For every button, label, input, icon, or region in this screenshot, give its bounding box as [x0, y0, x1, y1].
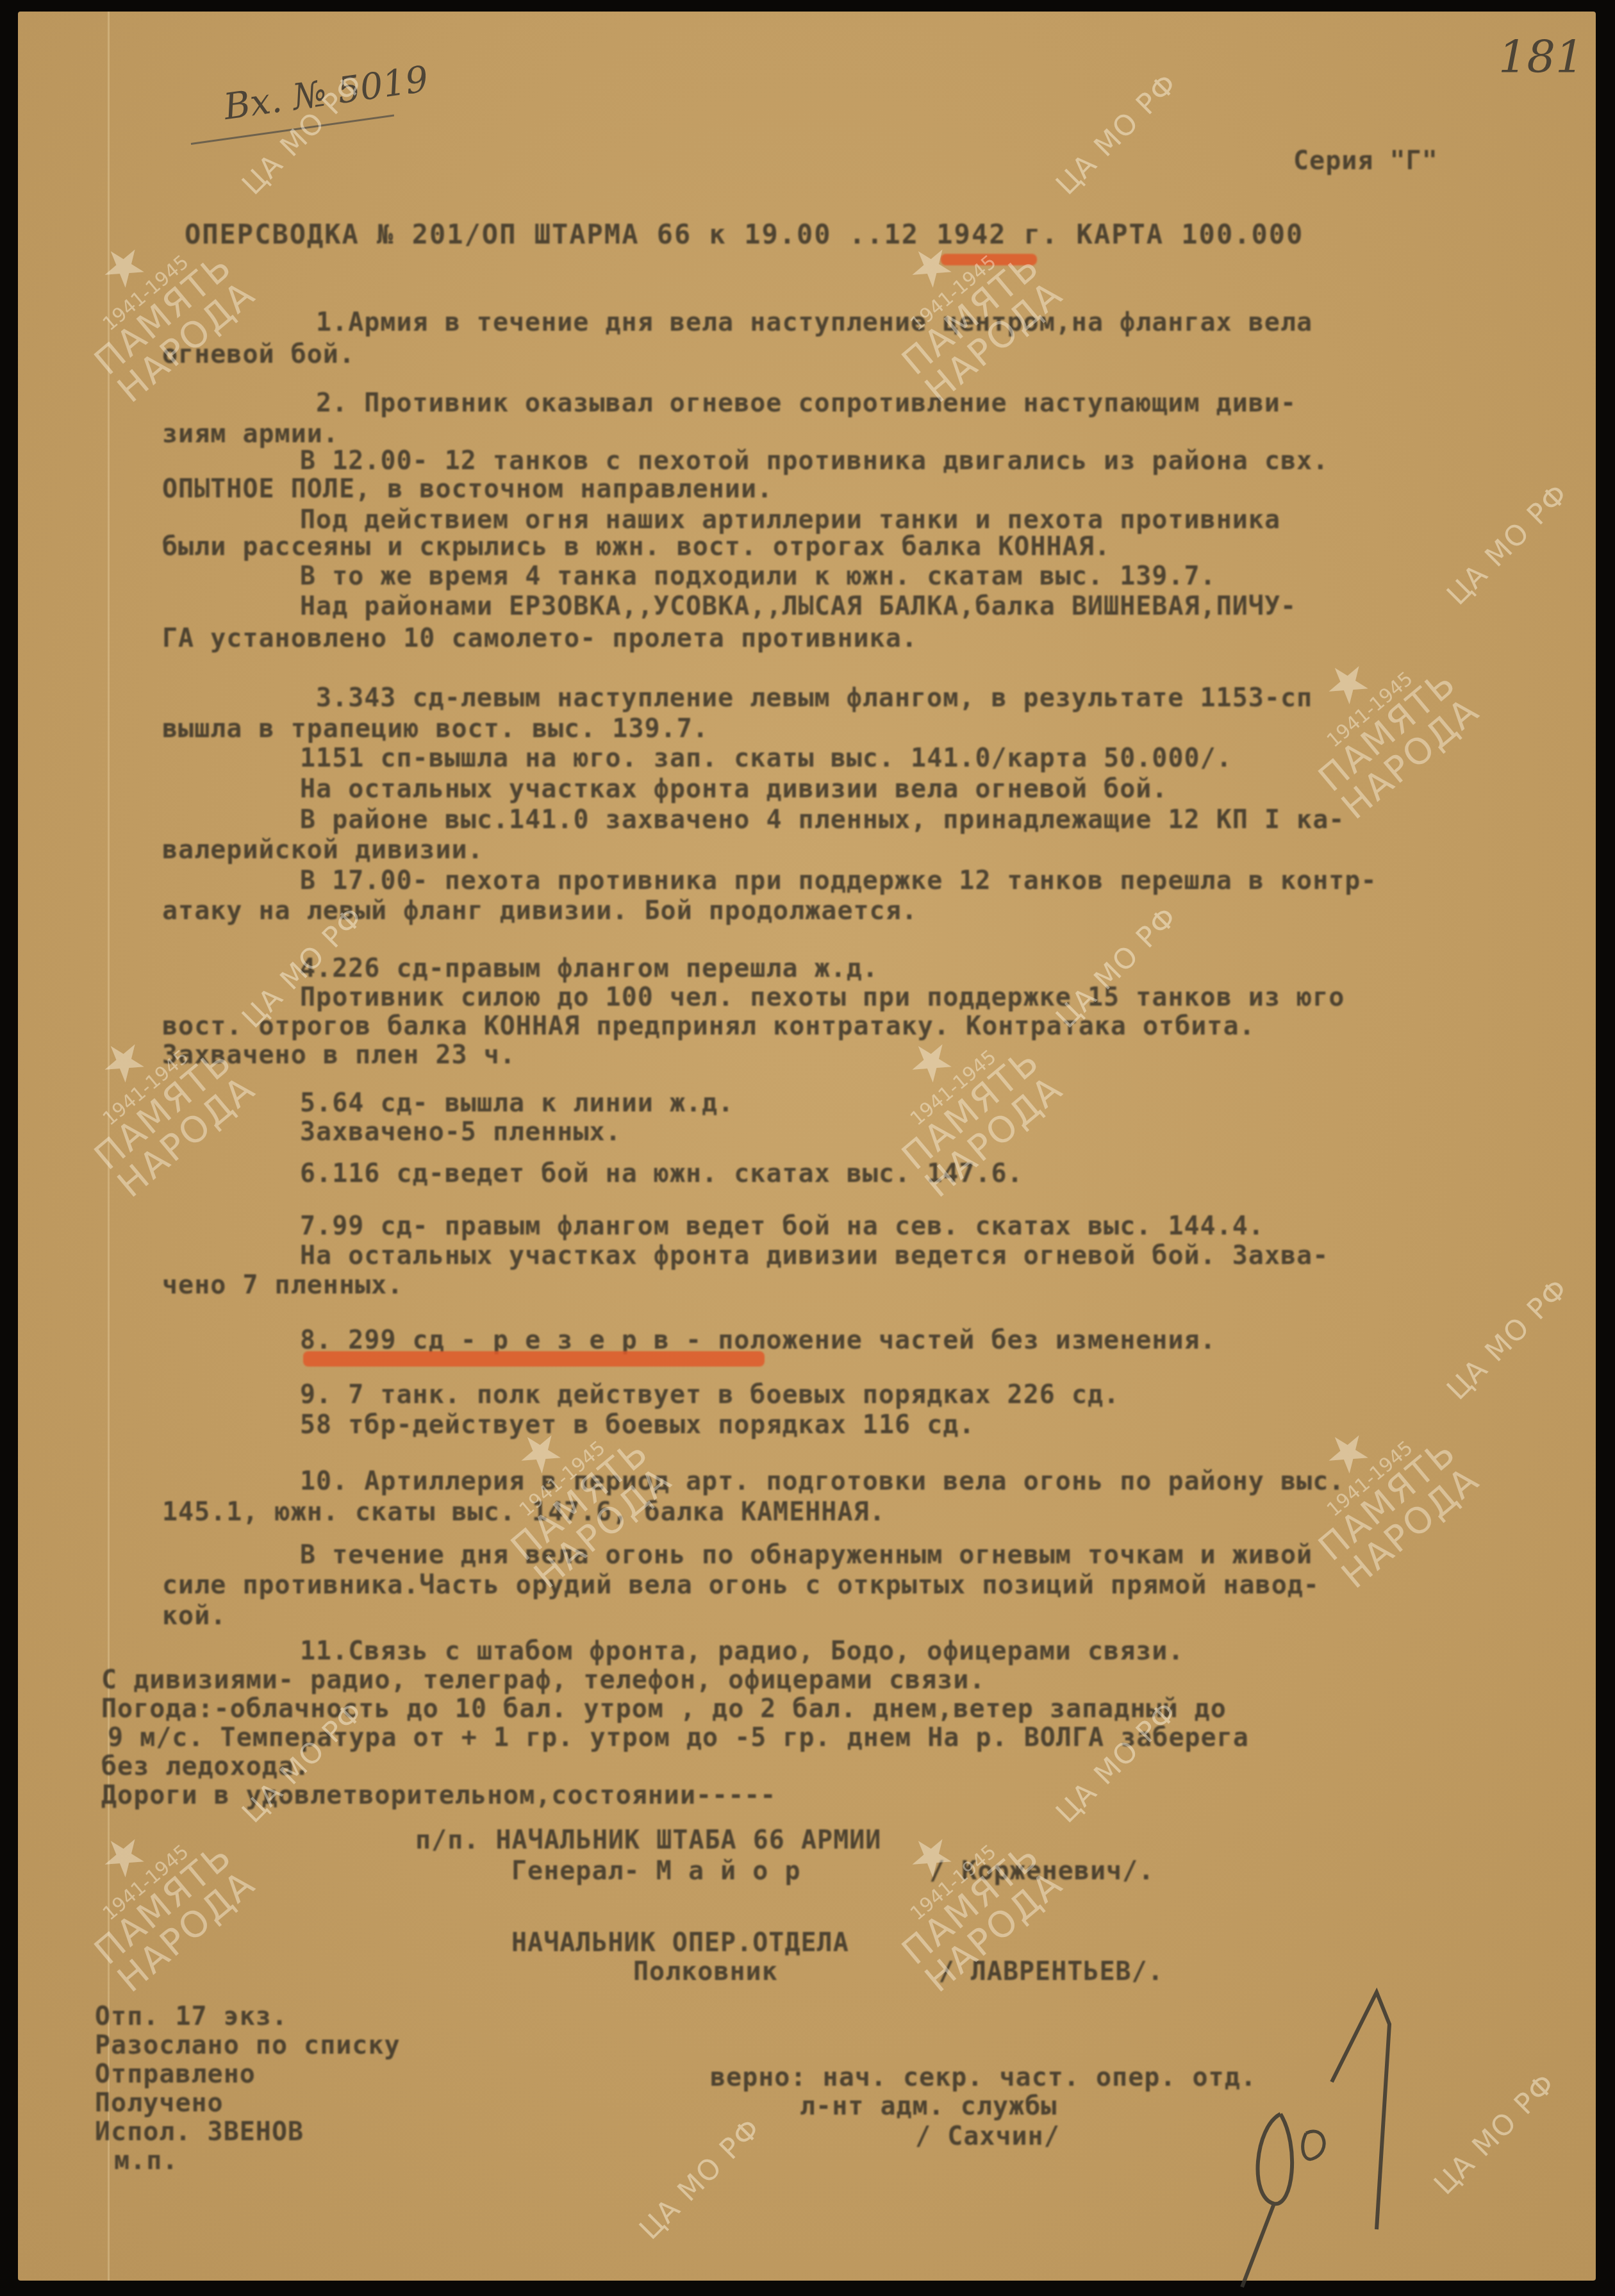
archive-page-number: 181 — [1498, 31, 1584, 83]
watermark-archive: ЦА МО РФ — [1050, 67, 1184, 201]
document-page: 181 Вх. № 5019 Серия "Г" ОПЕРСВОДКА № 20… — [18, 12, 1596, 2281]
verification-line: верно: нач. секр. част. опер. отд. — [710, 2063, 1257, 2092]
verification-line: / Сахчин/ — [915, 2122, 1060, 2151]
ops-chief-title: НАЧАЛЬНИК ОПЕР.ОТДЕЛА — [511, 1928, 849, 1958]
p4-line: Противник силою до 100 чел. пехоты при п… — [300, 983, 1345, 1012]
p1-line: 1.Армия в течение дня вела наступление ц… — [316, 308, 1313, 337]
p5-line: Захвачено-5 пленных. — [300, 1117, 622, 1147]
p2-line: 2. Противник оказывал огневое сопротивле… — [316, 388, 1296, 418]
p3-line: валерийской дивизии. — [162, 835, 484, 865]
p9-line: 9. 7 танк. полк действует в боевых поряд… — [300, 1380, 1120, 1410]
watermark-project: ★ 1941-1945 ПАМЯТЬ НАРОДА — [1268, 610, 1486, 826]
watermark-project: ★ 1941-1945 ПАМЯТЬ НАРОДА — [44, 1783, 262, 1999]
watermark-archive: ЦА МО РФ — [1441, 1272, 1575, 1406]
p11-line: С дивизиями- радио, телеграф, телефон, о… — [101, 1665, 986, 1695]
p11-line: 11.Связь с штабом фронта, радио, Бодо, о… — [300, 1636, 1184, 1666]
watermark-archive: ЦА МО РФ — [633, 2112, 767, 2246]
p10-line: кой. — [162, 1601, 226, 1631]
p2-line: ГА установлено 10 самолето- пролета прот… — [162, 624, 918, 653]
handwritten-signature — [1184, 1986, 1441, 2293]
p11-line: Дороги в удовлетворительном,состоянии---… — [101, 1781, 776, 1810]
p3-line: В районе выс.141.0 захвачено 4 пленных, … — [300, 805, 1345, 835]
ops-chief-rank-name: Полковник / ЛАВРЕНТЬЕВ/. — [633, 1957, 1164, 1986]
p3-line: На остальных участках фронта дивизии вел… — [300, 774, 1168, 804]
p7-line: чено 7 пленных. — [162, 1270, 403, 1300]
distribution-line: Отп. 17 экз. — [95, 2002, 288, 2031]
p2-line: В то же время 4 танка подходили к южн. с… — [300, 562, 1216, 591]
distribution-line: Испол. ЗВЕНОВ — [95, 2117, 304, 2147]
p10-line: 10. Артиллерия в период арт. подготовки … — [300, 1467, 1345, 1496]
chief-of-staff-title: п/п. НАЧАЛЬНИК ШТАБА 66 АРМИИ — [415, 1826, 881, 1855]
secrecy-mark: Серия "Г" — [1293, 146, 1438, 176]
document-title: ОПЕРСВОДКА № 201/ОП ШТАРМА 66 к 19.00 ..… — [185, 220, 1304, 249]
p2-line: Под действием огня наших артиллерии танк… — [300, 505, 1280, 535]
p10-line: В течение дня вела огонь по обнаруженным… — [300, 1540, 1313, 1570]
p10-line: силе противника.Часть орудий вела огонь … — [162, 1570, 1320, 1600]
p2-line: ОПЫТНОЕ ПОЛЕ, в восточном направлении. — [162, 474, 773, 504]
distribution-line: Получено — [95, 2088, 224, 2118]
watermark-archive: ЦА МО РФ — [1441, 478, 1575, 611]
distribution-line: Разослано по списку — [95, 2031, 401, 2060]
p11-line: Погода:-облачность до 10 бал. утром , до… — [101, 1694, 1227, 1724]
p7-line: 7.99 сд- правым флангом ведет бой на сев… — [300, 1211, 1264, 1241]
p2-line: были рассеяны и скрылись в южн. вост. от… — [162, 532, 1111, 562]
p4-line: 4.226 сд-правым флангом перешла ж.д. — [300, 954, 879, 983]
reserve-red-underline — [303, 1351, 765, 1367]
p2-line: В 12.00- 12 танков с пехотой противника … — [300, 446, 1329, 476]
p3-line: атаку на левый фланг дивизии. Бой продол… — [162, 896, 918, 926]
distribution-line: Отправлено — [95, 2059, 256, 2089]
p3-line: 1151 сп-вышла на юго. зап. скаты выс. 14… — [300, 744, 1232, 773]
p3-line: В 17.00- пехота противника при поддержке… — [300, 866, 1377, 895]
distribution-line: м.п. — [114, 2146, 178, 2175]
p5-line: 5.64 сд- вышла к линии ж.д. — [300, 1088, 734, 1118]
p3-line: вышла в трапецию вост. выс. 139.7. — [162, 714, 709, 744]
watermark-archive: ЦА МО РФ — [1428, 2067, 1562, 2201]
p2-line: Над районами ЕРЗОВКА,,УСОВКА,,ЛЫСАЯ БАЛК… — [300, 592, 1296, 621]
p7-line: На остальных участках фронта дивизии вед… — [300, 1241, 1329, 1270]
p9-line: 58 тбр-действует в боевых порядках 116 с… — [300, 1410, 975, 1440]
p3-line: 3.343 сд-левым наступление левым флангом… — [316, 683, 1313, 713]
p11-line: 9 м/с. Температура от + 1 гр. утром до -… — [108, 1723, 1249, 1752]
p2-line: зиям армии. — [162, 419, 339, 449]
verification-line: л-нт адм. службы — [800, 2092, 1057, 2121]
